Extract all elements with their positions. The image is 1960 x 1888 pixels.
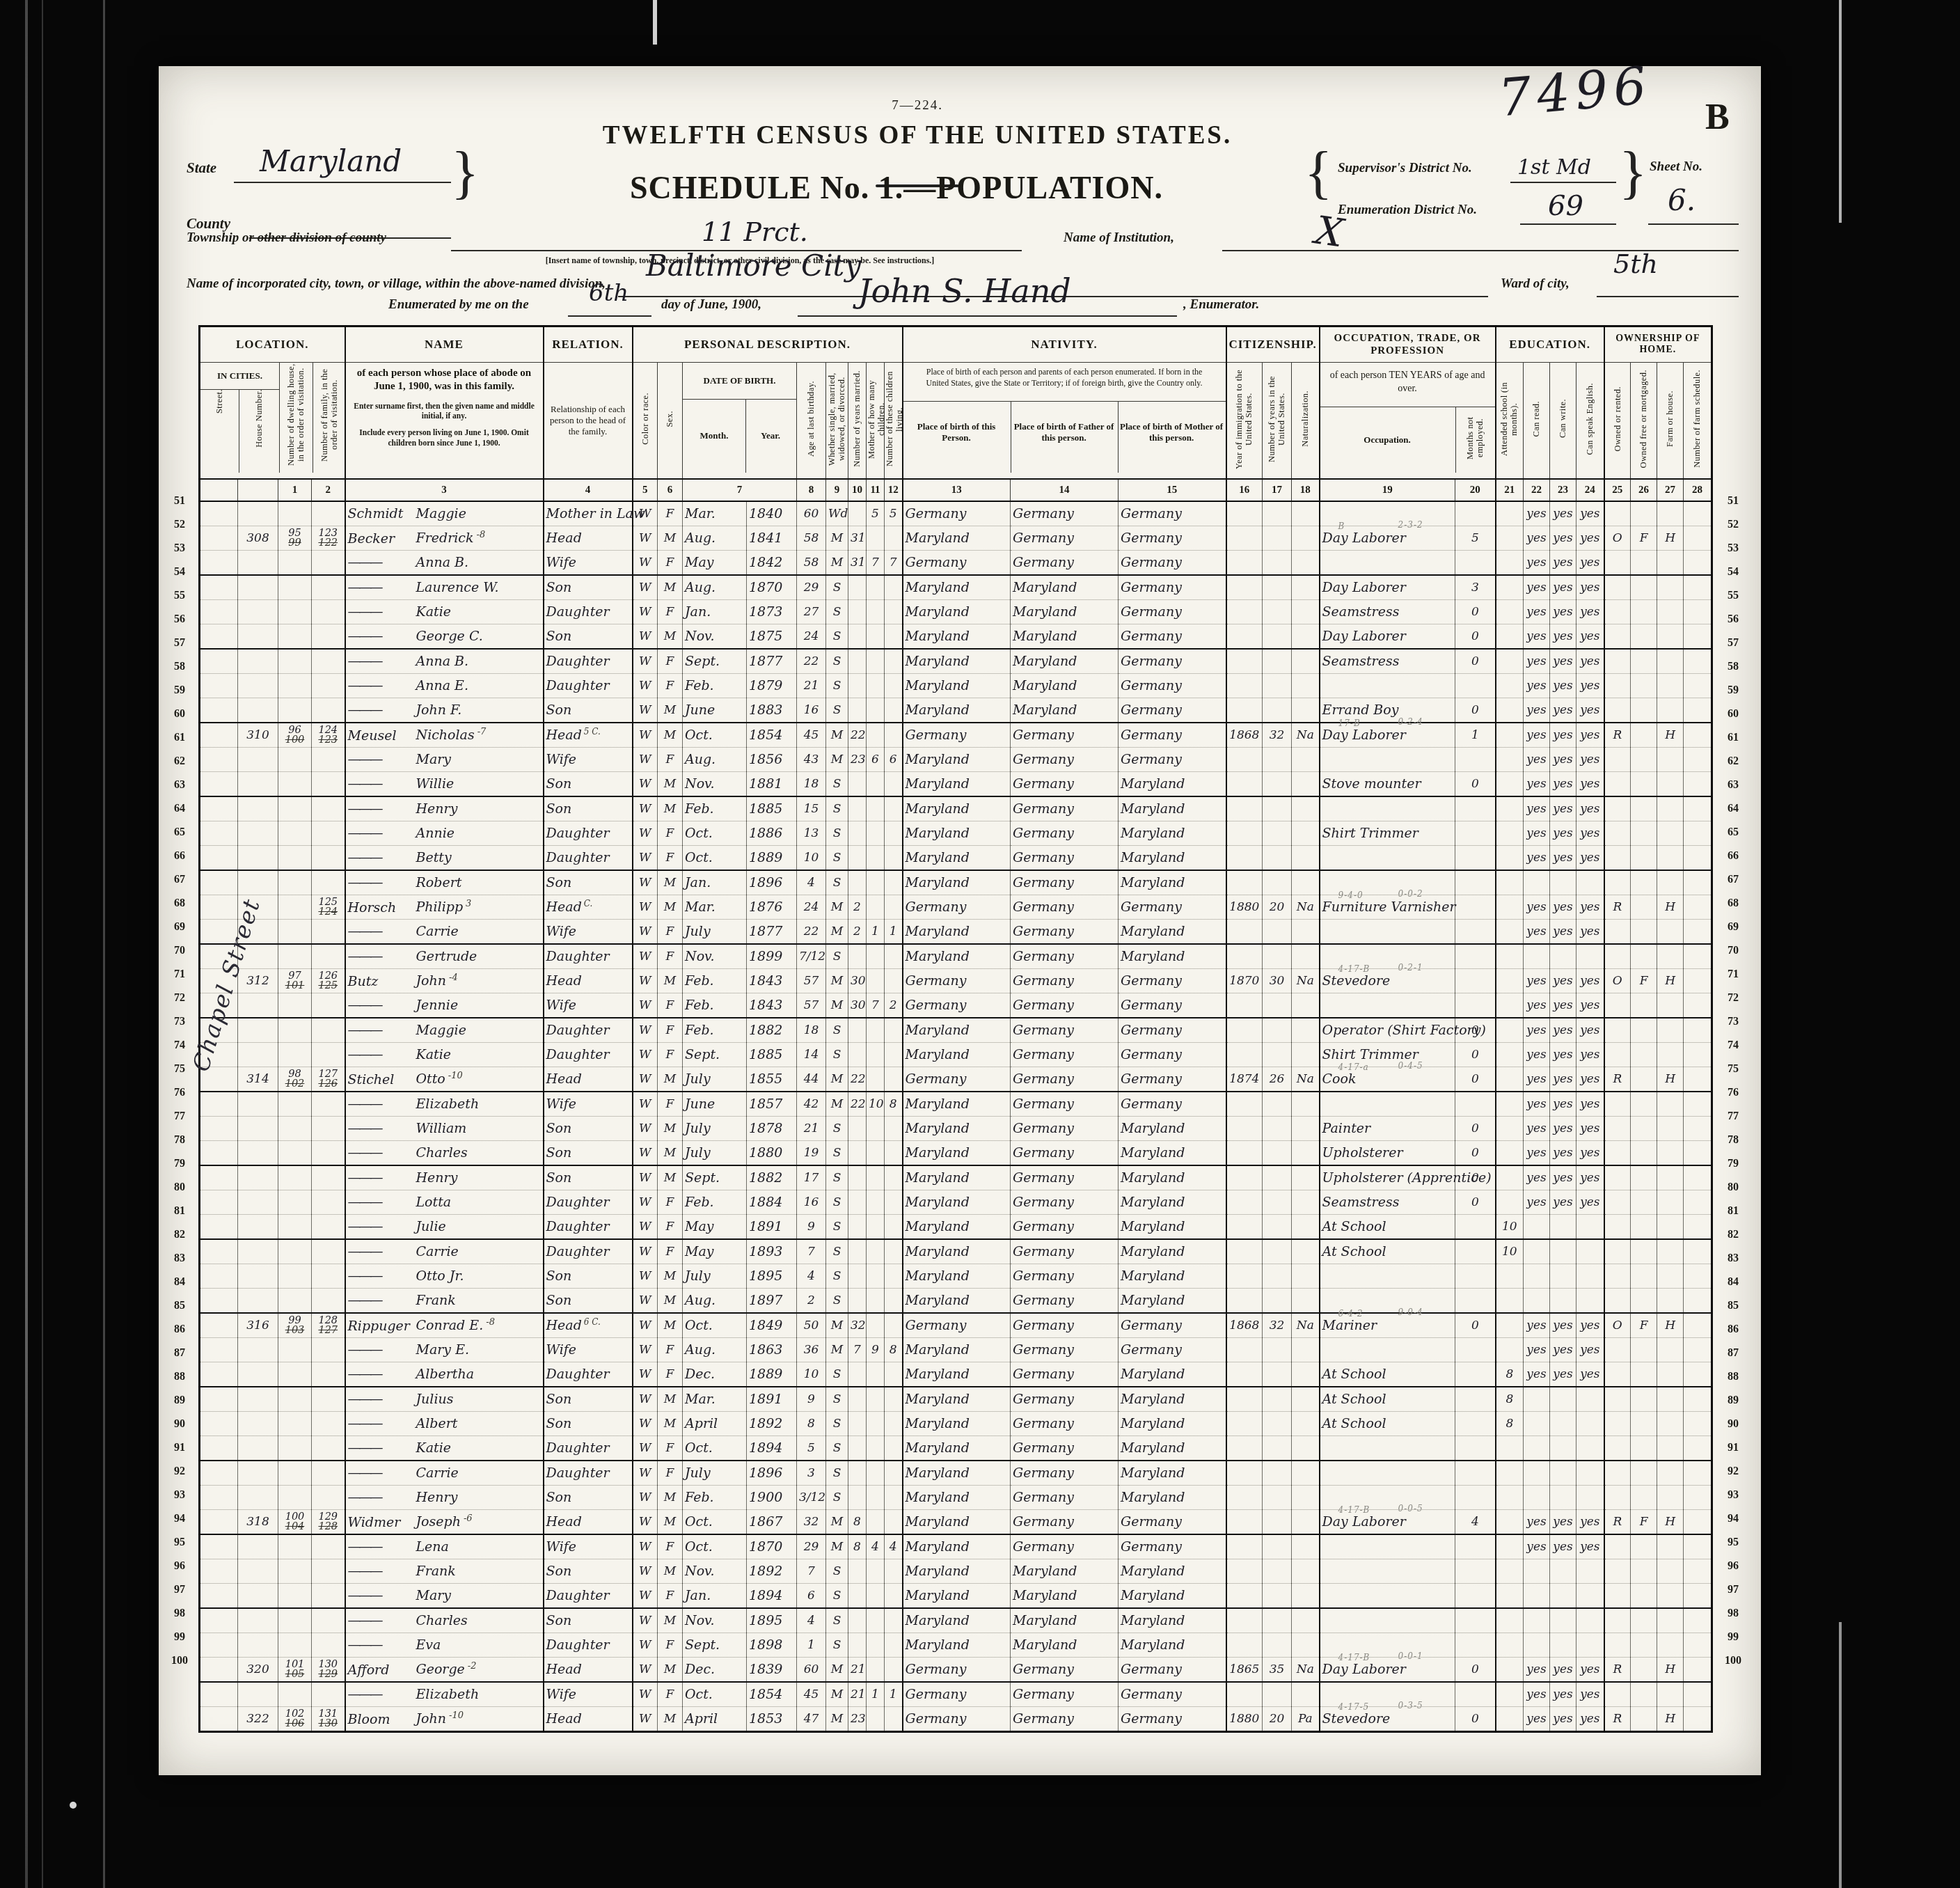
row-96-fh: [1657, 1608, 1684, 1633]
row-79-rel: Daughter: [544, 1190, 633, 1215]
gutter-right-row-number: 75: [1718, 1063, 1748, 1076]
row-91-ow: [1604, 1486, 1631, 1510]
row-60-hn: 310: [238, 723, 278, 748]
row-93-ym: 8: [848, 1534, 867, 1559]
row-79-age: 16: [797, 1190, 826, 1215]
row-61-en: yes: [1576, 748, 1604, 772]
row-70-ms: M: [826, 969, 848, 993]
row-72-sc: [1496, 1018, 1524, 1043]
gutter-left-row-number: 54: [164, 566, 195, 579]
row-71-name: ———Jennie: [345, 993, 544, 1018]
row-90-street: [200, 1461, 238, 1486]
dob-subheader: DATE OF BIRTH. Month. Year.: [683, 363, 797, 480]
row-96-ow: [1604, 1608, 1631, 1633]
row-95-pf: Maryland: [1011, 1584, 1119, 1609]
row-86-mb: [867, 1362, 885, 1387]
row-51-age: 60: [797, 501, 826, 526]
row-63-mo: Feb.: [683, 796, 747, 821]
row-71-fr: [1631, 993, 1657, 1018]
row-96-street: [200, 1608, 238, 1633]
row-100-ow: R: [1604, 1707, 1631, 1732]
row-79-fr: [1631, 1190, 1657, 1215]
row-93-c: W: [633, 1534, 658, 1559]
row-61-ne: [1455, 748, 1496, 772]
person-row-57: ———Anna B.DaughterWFSept.187722SMaryland…: [200, 649, 1712, 674]
row-88-age: 8: [797, 1412, 826, 1436]
row-52-dw: 9599: [278, 526, 312, 551]
row-70-fs: [1684, 969, 1712, 993]
row-99-fr: [1631, 1682, 1657, 1707]
row-62-name: ———Willie: [345, 772, 544, 797]
row-95-dw: [278, 1584, 312, 1609]
row-71-im: [1226, 993, 1263, 1018]
row-62-c: W: [633, 772, 658, 797]
row-52-na: [1292, 526, 1320, 551]
gutter-left-row-number: 92: [164, 1465, 195, 1478]
row-60-ow: R: [1604, 723, 1631, 748]
row-57-rel: Daughter: [544, 649, 633, 674]
can-read-column-label: Can read.: [1524, 363, 1550, 480]
dob-title: DATE OF BIRTH.: [683, 363, 796, 400]
row-82-oc: [1320, 1264, 1455, 1289]
row-64-cl: [885, 821, 903, 846]
row-74-c: W: [633, 1067, 658, 1092]
gutter-right-row-number: 57: [1718, 637, 1748, 650]
row-82-sx: M: [658, 1264, 683, 1289]
row-92-sx: M: [658, 1510, 683, 1535]
row-94-ym: [848, 1559, 867, 1584]
row-87-ow: [1604, 1387, 1631, 1412]
row-70-wr: yes: [1550, 969, 1576, 993]
row-62-age: 18: [797, 772, 826, 797]
row-76-ow: [1604, 1117, 1631, 1141]
row-56-ym: [848, 624, 867, 650]
row-66-yr: 1896: [747, 870, 797, 895]
row-98-im: 1865: [1226, 1658, 1263, 1683]
row-58-ym: [848, 674, 867, 698]
column-number: 2: [312, 479, 345, 501]
row-96-mb: [867, 1608, 885, 1633]
row-59-hn: [238, 698, 278, 723]
row-98-mb: [867, 1658, 885, 1683]
row-59-yu: [1263, 698, 1292, 723]
row-85-fr: [1631, 1338, 1657, 1362]
row-62-ym: [848, 772, 867, 797]
row-78-ow: [1604, 1165, 1631, 1190]
row-62-street: [200, 772, 238, 797]
row-77-mo: July: [683, 1141, 747, 1166]
row-82-fs: [1684, 1264, 1712, 1289]
row-99-yu: [1263, 1682, 1292, 1707]
row-81-cl: [885, 1239, 903, 1264]
row-62-yu: [1263, 772, 1292, 797]
row-51-name: SchmidtMaggie: [345, 501, 544, 526]
row-76-pf: Germany: [1011, 1117, 1119, 1141]
row-91-hn: [238, 1486, 278, 1510]
row-71-age: 57: [797, 993, 826, 1018]
row-95-sc: [1496, 1584, 1524, 1609]
row-59-pf: Maryland: [1011, 698, 1119, 723]
row-64-name: ———Annie: [345, 821, 544, 846]
row-51-cl: 5: [885, 501, 903, 526]
gutter-left-row-number: 94: [164, 1513, 195, 1525]
person-row-70: 31297101126125ButzJohn-4HeadWMFeb.184357…: [200, 969, 1712, 993]
row-88-ms: S: [826, 1412, 848, 1436]
row-94-en: [1576, 1559, 1604, 1584]
row-72-hn: [238, 1018, 278, 1043]
occupation-section-title: OCCUPATION, TRADE, OR PROFESSION: [1334, 333, 1481, 356]
row-71-cl: 2: [885, 993, 903, 1018]
row-79-cl: [885, 1190, 903, 1215]
row-80-na: [1292, 1215, 1320, 1240]
row-52-fm: 123122: [312, 526, 345, 551]
row-77-yr: 1880: [747, 1141, 797, 1166]
row-86-pb: Maryland: [903, 1362, 1011, 1387]
row-90-sc: [1496, 1461, 1524, 1486]
row-87-ne: [1455, 1387, 1496, 1412]
row-55-mo: Jan.: [683, 600, 747, 624]
row-54-pb: Maryland: [903, 575, 1011, 600]
row-66-cl: [885, 870, 903, 895]
row-88-cl: [885, 1412, 903, 1436]
row-98-street: [200, 1658, 238, 1683]
row-99-yr: 1854: [747, 1682, 797, 1707]
row-99-sx: F: [658, 1682, 683, 1707]
row-97-fm: [312, 1633, 345, 1658]
row-58-im: [1226, 674, 1263, 698]
row-91-cl: [885, 1486, 903, 1510]
row-51-street: [200, 501, 238, 526]
row-52-rel: Head: [544, 526, 633, 551]
row-72-name: ———Maggie: [345, 1018, 544, 1043]
gutter-right-row-number: 65: [1718, 826, 1748, 839]
gutter-left-row-number: 81: [164, 1205, 195, 1218]
row-73-pb: Maryland: [903, 1043, 1011, 1067]
row-63-street: [200, 796, 238, 821]
row-54-yu: [1263, 575, 1292, 600]
row-81-im: [1226, 1239, 1263, 1264]
row-53-age: 58: [797, 551, 826, 576]
row-70-ym: 30: [848, 969, 867, 993]
row-52-wr: yes: [1550, 526, 1576, 551]
row-83-fh: [1657, 1289, 1684, 1314]
row-54-name: ———Laurence W.: [345, 575, 544, 600]
row-86-im: [1226, 1362, 1263, 1387]
row-51-ow: [1604, 501, 1631, 526]
row-53-rel: Wife: [544, 551, 633, 576]
scan-streak: [653, 0, 657, 45]
row-85-street: [200, 1338, 238, 1362]
gutter-left-row-number: 56: [164, 613, 195, 626]
row-90-ow: [1604, 1461, 1631, 1486]
row-91-fh: [1657, 1486, 1684, 1510]
row-63-yr: 1885: [747, 796, 797, 821]
row-99-mo: Oct.: [683, 1682, 747, 1707]
gutter-left-row-number: 65: [164, 826, 195, 839]
row-100-dw: 102106: [278, 1707, 312, 1732]
person-row-81: ———CarrieDaughterWFMay18937SMarylandGerm…: [200, 1239, 1712, 1264]
person-row-68: ———CarrieWifeWFJuly187722M211MarylandGer…: [200, 920, 1712, 945]
row-85-sx: F: [658, 1338, 683, 1362]
row-81-sx: F: [658, 1239, 683, 1264]
row-71-pb: Germany: [903, 993, 1011, 1018]
row-88-pb: Maryland: [903, 1412, 1011, 1436]
row-75-yr: 1857: [747, 1092, 797, 1117]
row-96-cl: [885, 1608, 903, 1633]
row-70-yu: 30: [1263, 969, 1292, 993]
row-55-ow: [1604, 600, 1631, 624]
row-85-hn: [238, 1338, 278, 1362]
row-80-pb: Maryland: [903, 1215, 1011, 1240]
row-54-fm: [312, 575, 345, 600]
row-92-oc: Day Laborer4-17-B0-0-5: [1320, 1510, 1455, 1535]
row-96-fr: [1631, 1608, 1657, 1633]
row-94-yu: [1263, 1559, 1292, 1584]
row-81-mo: May: [683, 1239, 747, 1264]
row-63-rd: yes: [1524, 796, 1550, 821]
row-83-ms: S: [826, 1289, 848, 1314]
row-100-rd: yes: [1524, 1707, 1550, 1732]
gutter-left-row-number: 91: [164, 1442, 195, 1454]
row-66-dw: [278, 870, 312, 895]
row-75-rd: yes: [1524, 1092, 1550, 1117]
dwelling-number-column-label: Number of dwelling house, in the order o…: [279, 363, 313, 473]
column-number: 9: [826, 479, 848, 501]
schedule-title: SCHEDULE No. 1.—POPULATION.: [479, 169, 1314, 206]
row-76-c: W: [633, 1117, 658, 1141]
row-90-en: [1576, 1461, 1604, 1486]
row-66-im: [1226, 870, 1263, 895]
row-96-sx: M: [658, 1608, 683, 1633]
row-97-sx: F: [658, 1633, 683, 1658]
row-74-na: Na: [1292, 1067, 1320, 1092]
row-91-c: W: [633, 1486, 658, 1510]
relation-subheader: Relationship of each person to the head …: [544, 363, 633, 480]
person-row-99: ———ElizabethWifeWFOct.185445M2111Germany…: [200, 1682, 1712, 1707]
row-73-ym: [848, 1043, 867, 1067]
row-88-rel: Son: [544, 1412, 633, 1436]
person-row-72: ———MaggieDaughterWFFeb.188218SMarylandGe…: [200, 1018, 1712, 1043]
row-66-rd: [1524, 870, 1550, 895]
row-99-name: ———Elizabeth: [345, 1682, 544, 1707]
row-72-dw: [278, 1018, 312, 1043]
row-87-street: [200, 1387, 238, 1412]
row-58-street: [200, 674, 238, 698]
row-97-en: [1576, 1633, 1604, 1658]
row-75-pf: Germany: [1011, 1092, 1119, 1117]
row-81-c: W: [633, 1239, 658, 1264]
marital-column-label: Whether single, married, widowed, or div…: [826, 363, 848, 480]
row-69-pm: Maryland: [1119, 944, 1226, 969]
row-66-name: ———Robert: [345, 870, 544, 895]
education-section-header: EDUCATION.: [1496, 327, 1604, 363]
row-81-mb: [867, 1239, 885, 1264]
row-98-pm: Germany: [1119, 1658, 1226, 1683]
row-90-pb: Maryland: [903, 1461, 1011, 1486]
row-89-ym: [848, 1436, 867, 1461]
row-53-oc: [1320, 551, 1455, 576]
person-row-92: 318100104129128WidmerJoseph-6HeadWMOct.1…: [200, 1510, 1712, 1535]
row-95-hn: [238, 1584, 278, 1609]
state-county-brace: }: [451, 144, 479, 203]
row-62-en: yes: [1576, 772, 1604, 797]
row-100-name: BloomJohn-10: [345, 1707, 544, 1732]
row-69-ne: [1455, 944, 1496, 969]
row-54-hn: [238, 575, 278, 600]
row-53-ow: [1604, 551, 1631, 576]
row-68-pf: Germany: [1011, 920, 1119, 945]
row-97-age: 1: [797, 1633, 826, 1658]
row-94-cl: [885, 1559, 903, 1584]
row-55-ym: [848, 600, 867, 624]
row-97-dw: [278, 1633, 312, 1658]
row-79-yr: 1884: [747, 1190, 797, 1215]
row-100-ne: 0: [1455, 1707, 1496, 1732]
row-59-age: 16: [797, 698, 826, 723]
row-66-mo: Jan.: [683, 870, 747, 895]
row-84-age: 50: [797, 1313, 826, 1338]
row-81-fr: [1631, 1239, 1657, 1264]
row-61-sc: [1496, 748, 1524, 772]
row-66-pb: Maryland: [903, 870, 1011, 895]
row-64-street: [200, 821, 238, 846]
row-51-pm: Germany: [1119, 501, 1226, 526]
row-55-sx: F: [658, 600, 683, 624]
row-63-pm: Maryland: [1119, 796, 1226, 821]
row-51-yr: 1840: [747, 501, 797, 526]
row-82-fh: [1657, 1264, 1684, 1289]
row-89-cl: [885, 1436, 903, 1461]
column-number: 8: [797, 479, 826, 501]
row-90-cl: [885, 1461, 903, 1486]
row-71-ne: [1455, 993, 1496, 1018]
row-92-rel: Head: [544, 1510, 633, 1535]
city-value: Baltimore City: [646, 249, 861, 283]
row-75-ow: [1604, 1092, 1631, 1117]
row-51-ym: [848, 501, 867, 526]
row-70-rd: yes: [1524, 969, 1550, 993]
row-61-im: [1226, 748, 1263, 772]
name-section-header: NAME: [345, 327, 544, 363]
row-88-dw: [278, 1412, 312, 1436]
row-98-pf: Germany: [1011, 1658, 1119, 1683]
nativity-note: Place of birth of each person and parent…: [903, 363, 1226, 402]
row-86-c: W: [633, 1362, 658, 1387]
row-61-yr: 1856: [747, 748, 797, 772]
sheet-value: 6.: [1668, 183, 1696, 217]
gutter-right-row-number: 53: [1718, 542, 1748, 555]
row-63-cl: [885, 796, 903, 821]
row-81-wr: [1550, 1239, 1576, 1264]
row-63-oc: [1320, 796, 1455, 821]
location-subheader: IN CITIES. Street. House Number. Number …: [200, 363, 345, 480]
row-55-fm: [312, 600, 345, 624]
row-99-ym: 21: [848, 1682, 867, 1707]
row-70-pf: Germany: [1011, 969, 1119, 993]
row-96-oc: [1320, 1608, 1455, 1633]
scan-streak: [42, 0, 43, 1888]
row-57-fs: [1684, 649, 1712, 674]
column-number: 24: [1576, 479, 1604, 501]
row-97-ne: [1455, 1633, 1496, 1658]
gutter-right-row-number: 77: [1718, 1110, 1748, 1123]
row-83-age: 2: [797, 1289, 826, 1314]
gutter-right-row-number: 97: [1718, 1584, 1748, 1596]
occupation-sub-text: of each person TEN YEARS of age and over…: [1320, 363, 1495, 407]
occupation-section-header: OCCUPATION, TRADE, OR PROFESSION: [1320, 327, 1496, 363]
row-84-fr: F: [1631, 1313, 1657, 1338]
row-93-dw: [278, 1534, 312, 1559]
row-77-ym: [848, 1141, 867, 1166]
row-72-rel: Daughter: [544, 1018, 633, 1043]
row-54-ms: S: [826, 575, 848, 600]
row-51-mb: 5: [867, 501, 885, 526]
township-value: 11 Prct.: [702, 217, 808, 247]
row-76-pb: Maryland: [903, 1117, 1011, 1141]
row-54-oc: Day Laborer: [1320, 575, 1455, 600]
row-88-ne: [1455, 1412, 1496, 1436]
row-85-mb: 9: [867, 1338, 885, 1362]
row-81-name: ———Carrie: [345, 1239, 544, 1264]
row-58-fs: [1684, 674, 1712, 698]
row-90-fm: [312, 1461, 345, 1486]
row-90-yr: 1896: [747, 1461, 797, 1486]
row-57-name: ———Anna B.: [345, 649, 544, 674]
row-93-oc: [1320, 1534, 1455, 1559]
row-59-name: ———John F.: [345, 698, 544, 723]
row-88-rd: [1524, 1412, 1550, 1436]
row-71-rd: yes: [1524, 993, 1550, 1018]
row-78-sx: M: [658, 1165, 683, 1190]
row-51-pb: Germany: [903, 501, 1011, 526]
months-not-employed-column-label: Months not employed.: [1455, 407, 1495, 473]
row-86-dw: [278, 1362, 312, 1387]
gutter-left-row-number: 99: [164, 1631, 195, 1644]
row-92-hn: 318: [238, 1510, 278, 1535]
row-61-fs: [1684, 748, 1712, 772]
house-number-column-label: House Number.: [239, 389, 279, 473]
row-56-sc: [1496, 624, 1524, 650]
row-93-yu: [1263, 1534, 1292, 1559]
row-89-dw: [278, 1436, 312, 1461]
free-mortgaged-column-label: Owned free or mortgaged.: [1631, 363, 1657, 480]
row-92-ow: R: [1604, 1510, 1631, 1535]
row-82-mb: [867, 1264, 885, 1289]
row-82-yu: [1263, 1264, 1292, 1289]
row-80-wr: [1550, 1215, 1576, 1240]
row-93-mb: 4: [867, 1534, 885, 1559]
row-77-age: 19: [797, 1141, 826, 1166]
row-71-wr: yes: [1550, 993, 1576, 1018]
row-79-sc: [1496, 1190, 1524, 1215]
row-69-ym: [848, 944, 867, 969]
row-84-dw: 99103: [278, 1313, 312, 1338]
row-84-ms: M: [826, 1313, 848, 1338]
row-84-sx: M: [658, 1313, 683, 1338]
row-92-pf: Germany: [1011, 1510, 1119, 1535]
row-68-mb: 1: [867, 920, 885, 945]
row-81-sc: 10: [1496, 1239, 1524, 1264]
row-55-rd: yes: [1524, 600, 1550, 624]
row-71-na: [1292, 993, 1320, 1018]
row-81-age: 7: [797, 1239, 826, 1264]
row-72-sx: F: [658, 1018, 683, 1043]
gutter-right-row-number: 67: [1718, 874, 1748, 886]
row-98-name: AffordGeorge-2: [345, 1658, 544, 1683]
row-65-ym: [848, 846, 867, 871]
gutter-left-row-number: 100: [164, 1655, 195, 1667]
row-67-fm: 125124: [312, 895, 345, 920]
